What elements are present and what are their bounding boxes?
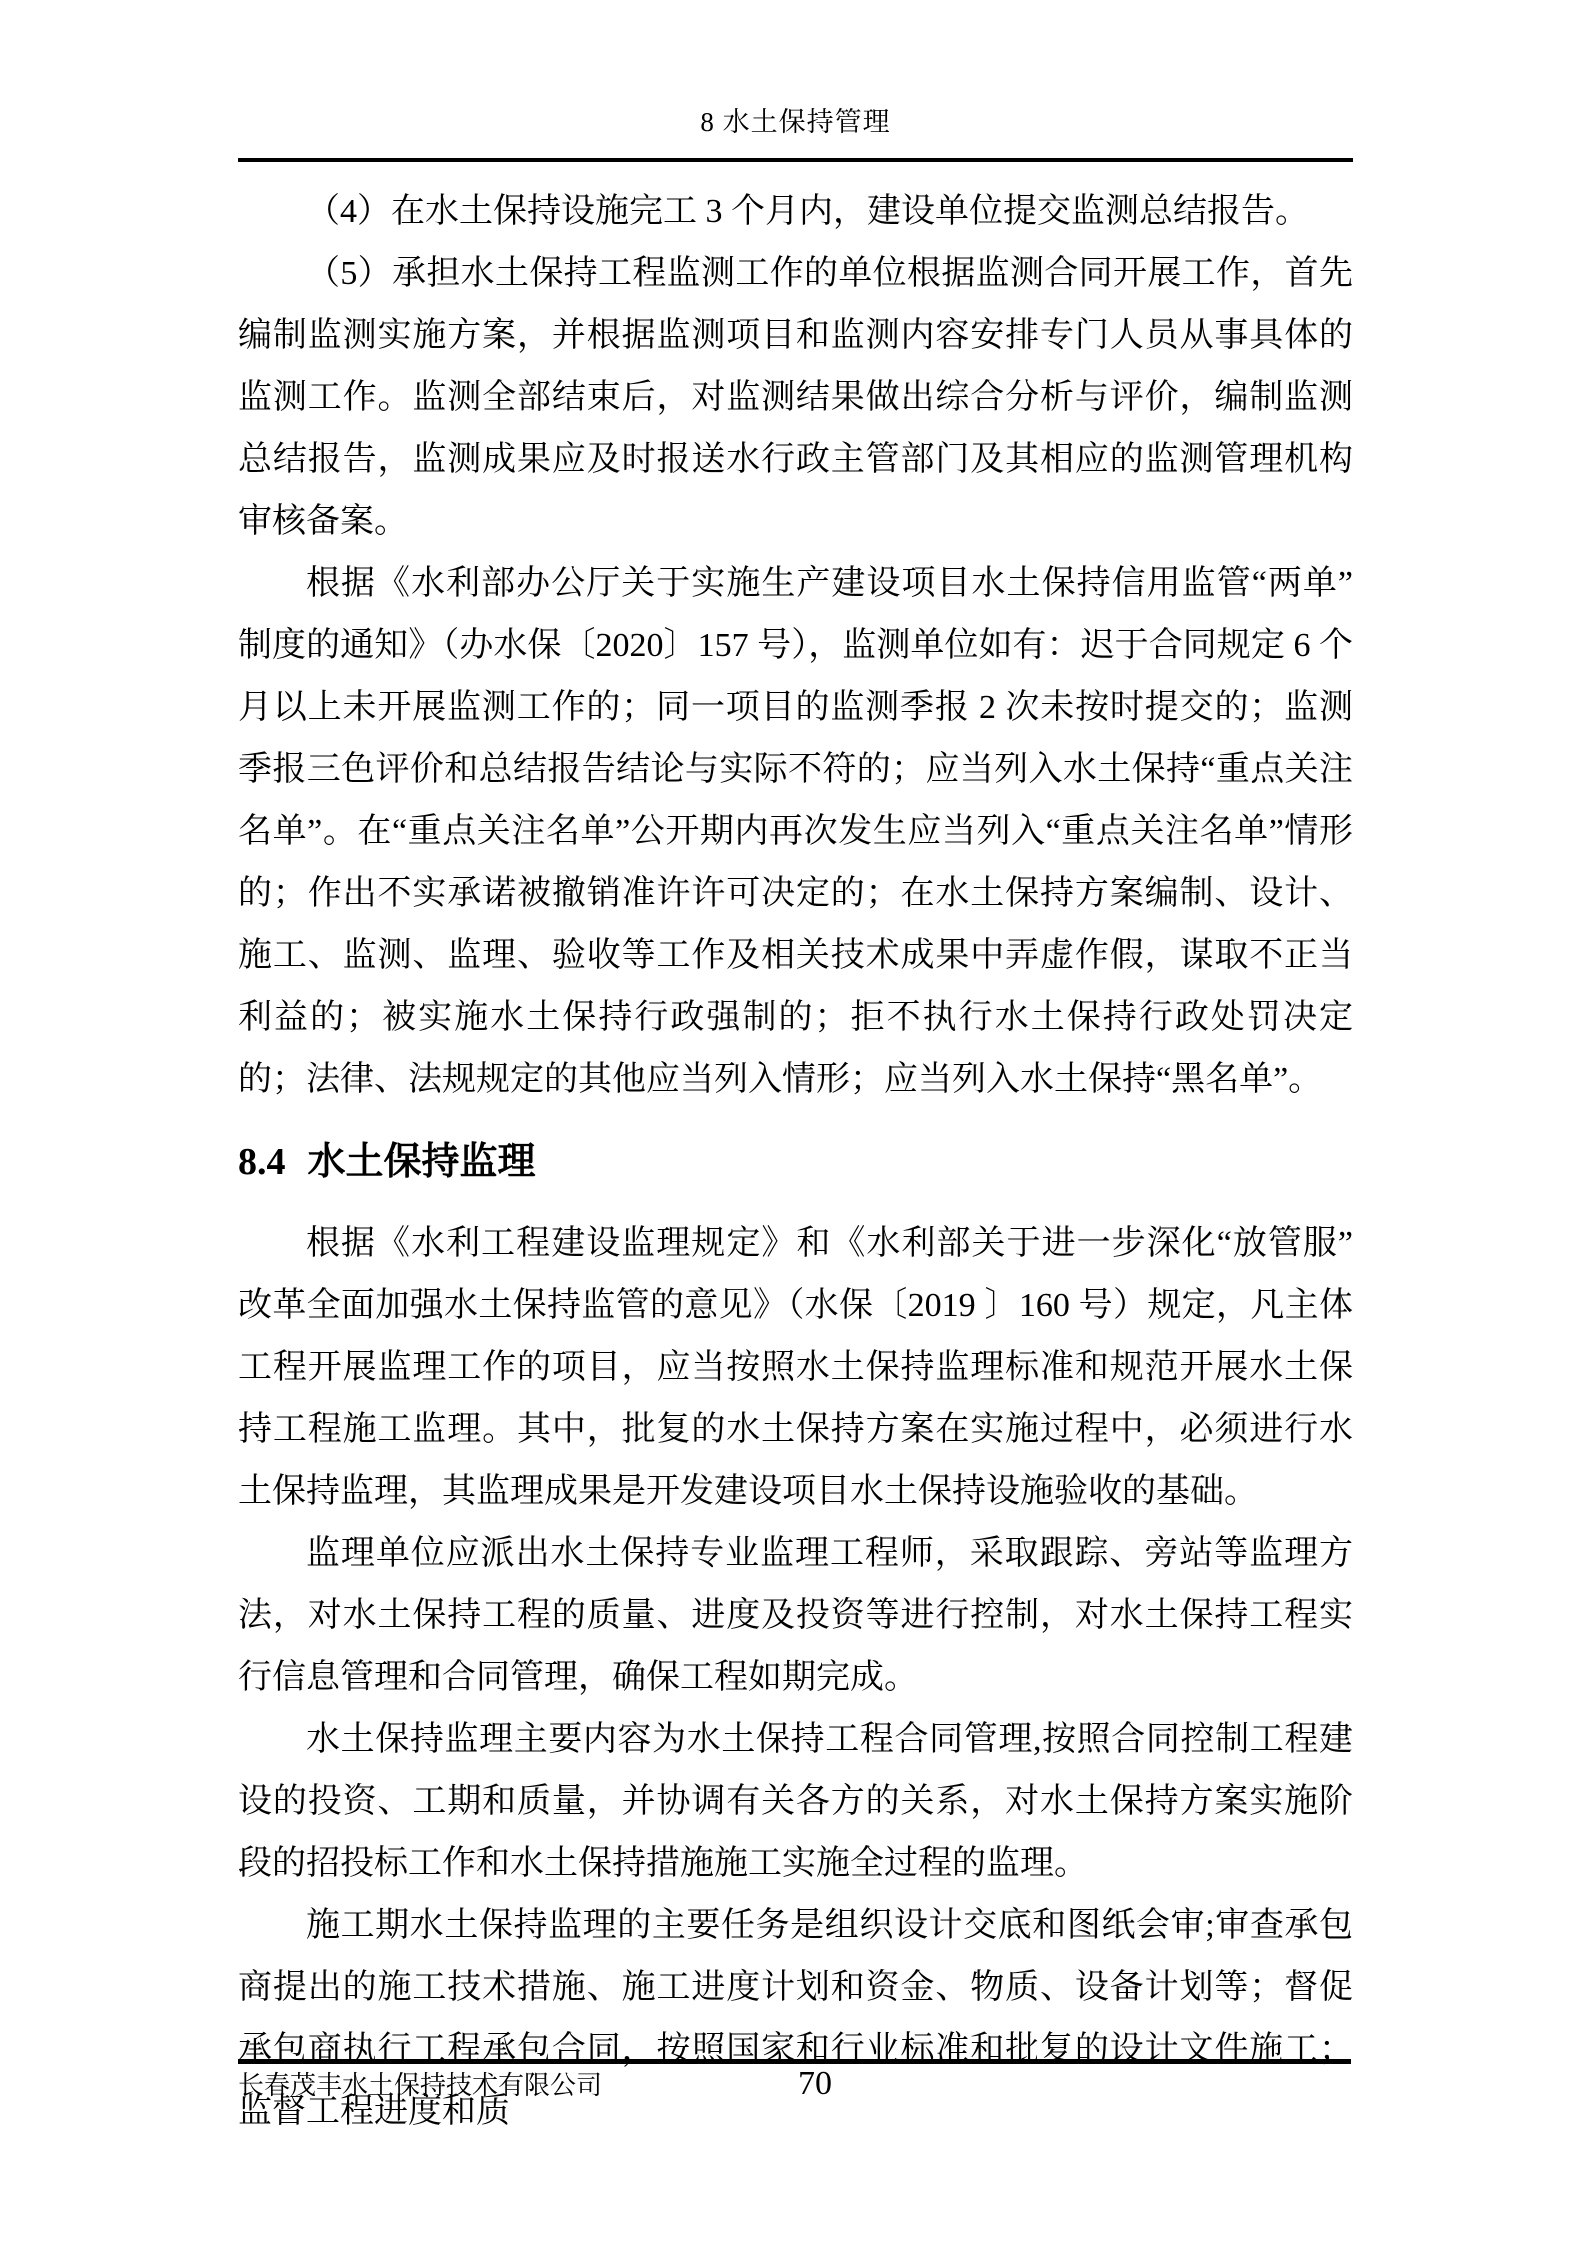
paragraph: 施工期水土保持监理的主要任务是组织设计交底和图纸会审;审查承包商提出的施工技术措… (238, 1895, 1353, 2143)
header-title: 8 水土保持管理 (238, 0, 1353, 140)
paragraph: （5）承担水土保持工程监测工作的单位根据监测合同开展工作，首先编制监测实施方案，… (238, 243, 1353, 553)
paragraph: 水土保持监理主要内容为水土保持工程合同管理,按照合同控制工程建设的投资、工期和质… (238, 1709, 1353, 1895)
header-rule (238, 158, 1353, 162)
page-header: 8 水土保持管理 (238, 0, 1353, 162)
section-heading-number: 8.4 (238, 1141, 286, 1183)
document-body: （4）在水土保持设施完工 3 个月内，建设单位提交监测总结报告。 （5）承担水土… (238, 181, 1353, 2143)
document-page: 8 水土保持管理 （4）在水土保持设施完工 3 个月内，建设单位提交监测总结报告… (0, 0, 1587, 2245)
paragraph: （4）在水土保持设施完工 3 个月内，建设单位提交监测总结报告。 (238, 181, 1353, 243)
paragraph: 监理单位应派出水土保持专业监理工程师，采取跟踪、旁站等监理方法，对水土保持工程的… (238, 1523, 1353, 1709)
section-heading-title: 水土保持监理 (308, 1141, 536, 1183)
footer-company: 长春茂丰水土保持技术有限公司 (238, 2068, 602, 2104)
paragraph: 根据《水利部办公厅关于实施生产建设项目水土保持信用监管“两单”制度的通知》（办水… (238, 553, 1353, 1111)
section-heading: 8.4水土保持监理 (238, 1133, 1353, 1191)
footer-page-number: 70 (798, 2064, 832, 2104)
footer-rule (238, 2059, 1351, 2064)
paragraph: 根据《水利工程建设监理规定》和《水利部关于进一步深化“放管服”改革全面加强水土保… (238, 1213, 1353, 1523)
